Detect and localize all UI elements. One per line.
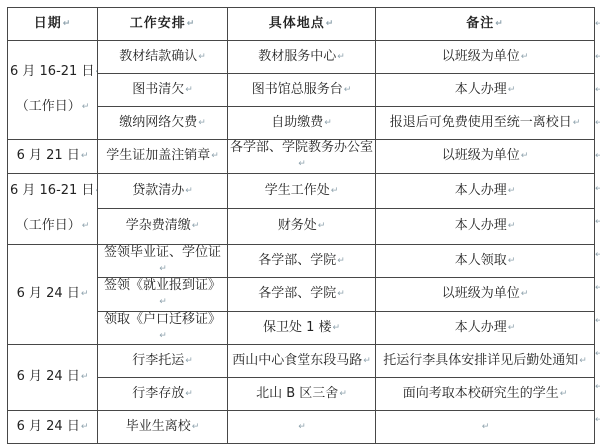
row-end-mark-icon: ↵ [595, 337, 600, 370]
note-cell: ↵ [376, 411, 595, 444]
paragraph-mark-icon: ↵ [508, 85, 516, 96]
paragraph-mark-icon: ↵ [185, 186, 193, 197]
header-place: 具体地点↵ [228, 8, 376, 41]
paragraph-mark-icon: ↵ [333, 323, 341, 334]
graduation-schedule-table: 日期↵ 工作安排↵ 具体地点↵ 备注↵ 6 月 16-21 日↵ （工作日）↵ … [7, 7, 595, 444]
paragraph-mark-icon: ↵ [81, 151, 89, 162]
task-cell: 学生证加盖注销章↵ [98, 140, 228, 174]
paragraph-mark-icon: ↵ [192, 221, 200, 232]
paragraph-mark-icon: ↵ [81, 422, 89, 433]
row-end-mark-icon: ↵ [595, 139, 600, 172]
row-end-mark-icon: ↵ [595, 370, 600, 403]
paragraph-mark-icon: ↵ [82, 209, 90, 243]
paragraph-mark-icon: ↵ [508, 256, 516, 267]
note-cell: 面向考取本校研究生的学生↵ [376, 378, 595, 411]
place-cell: 保卫处 1 楼↵ [228, 311, 376, 345]
paragraph-mark-icon: ↵ [573, 118, 581, 129]
task-cell: 签领《就业报到证》↵ [98, 278, 228, 312]
task-cell: 图书清欠↵ [98, 74, 228, 107]
paragraph-mark-icon: ↵ [298, 422, 306, 433]
row-end-mark-icon: ↵ [595, 271, 600, 304]
paragraph-mark-icon: ↵ [187, 19, 196, 30]
place-cell: 各学部、学院教务办公室↵ [228, 140, 376, 174]
header-task: 工作安排↵ [98, 8, 228, 41]
table-row: 6 月 24 日↵ 签领毕业证、学位证↵ 各学部、学院↵ 本人领取↵ [8, 244, 595, 278]
paragraph-mark-icon: ↵ [185, 356, 193, 367]
note-cell: 本人办理↵ [376, 74, 595, 107]
row-end-mark-icon: ↵ [595, 205, 600, 238]
paragraph-mark-icon: ↵ [198, 118, 206, 129]
note-cell: 以班级为单位↵ [376, 140, 595, 174]
row-end-mark-icon: ↵ [595, 403, 600, 436]
paragraph-mark-icon: ↵ [192, 422, 200, 433]
paragraph-mark-icon: ↵ [344, 85, 352, 96]
paragraph-mark-icon: ↵ [363, 356, 371, 367]
task-cell: 毕业生离校↵ [98, 411, 228, 444]
date-cell: 6 月 24 日↵ [8, 345, 98, 411]
paragraph-mark-icon: ↵ [482, 422, 490, 433]
row-end-marks: ↵ ↵ ↵ ↵ ↵ ↵ ↵ ↵ ↵ ↵ ↵ ↵ ↵ [595, 7, 600, 436]
place-cell: ↵ [228, 411, 376, 444]
task-cell: 学杂费清缴↵ [98, 209, 228, 245]
paragraph-mark-icon: ↵ [337, 52, 345, 63]
paragraph-mark-icon: ↵ [521, 289, 529, 300]
row-end-mark-icon: ↵ [595, 106, 600, 139]
note-cell: 本人办理↵ [376, 209, 595, 245]
task-cell: 行李托运↵ [98, 345, 228, 378]
table-row: 6 月 16-21 日↵ （工作日）↵ 贷款清办↵ 学生工作处↵ 本人办理↵ [8, 173, 595, 209]
date-cell: 6 月 21 日↵ [8, 140, 98, 174]
header-date: 日期↵ [8, 8, 98, 41]
paragraph-mark-icon: ↵ [324, 118, 332, 129]
paragraph-mark-icon: ↵ [337, 256, 345, 267]
note-cell: 本人办理↵ [376, 173, 595, 209]
paragraph-mark-icon: ↵ [521, 52, 529, 63]
document-page: 日期↵ 工作安排↵ 具体地点↵ 备注↵ 6 月 16-21 日↵ （工作日）↵ … [0, 0, 600, 444]
place-cell: 图书馆总服务台↵ [228, 74, 376, 107]
paragraph-mark-icon: ↵ [579, 356, 587, 367]
date-cell: 6 月 16-21 日↵ （工作日）↵ [8, 41, 98, 140]
paragraph-mark-icon: ↵ [185, 389, 193, 400]
note-cell: 本人办理↵ [376, 311, 595, 345]
table-row: 6 月 16-21 日↵ （工作日）↵ 教材结款确认↵ 教材服务中心↵ 以班级为… [8, 41, 595, 74]
paragraph-mark-icon: ↵ [560, 389, 568, 400]
paragraph-mark-icon: ↵ [185, 85, 193, 96]
place-cell: 学生工作处↵ [228, 173, 376, 209]
table-row: 6 月 24 日↵ 行李托运↵ 西山中心食堂东段马路↵ 托运行李具体安排详见后勤… [8, 345, 595, 378]
paragraph-mark-icon: ↵ [508, 323, 516, 334]
table-row: 6 月 21 日↵ 学生证加盖注销章↵ 各学部、学院教务办公室↵ 以班级为单位↵ [8, 140, 595, 174]
task-cell: 缴纳网络欠费↵ [98, 107, 228, 140]
paragraph-mark-icon: ↵ [298, 159, 306, 170]
header-note: 备注↵ [376, 8, 595, 41]
note-cell: 报退后可免费使用至统一离校日↵ [376, 107, 595, 140]
row-end-mark-icon: ↵ [595, 304, 600, 337]
paragraph-mark-icon: ↵ [521, 151, 529, 162]
row-end-mark-icon: ↵ [595, 238, 600, 271]
table-row: 6 月 24 日↵ 毕业生离校↵ ↵ ↵ [8, 411, 595, 444]
place-cell: 各学部、学院↵ [228, 278, 376, 312]
paragraph-mark-icon: ↵ [508, 221, 516, 232]
date-cell: 6 月 24 日↵ [8, 411, 98, 444]
note-cell: 托运行李具体安排详见后勤处通知↵ [376, 345, 595, 378]
date-cell: 6 月 16-21 日↵ （工作日）↵ [8, 173, 98, 244]
task-cell: 签领毕业证、学位证↵ [98, 244, 228, 278]
paragraph-mark-icon: ↵ [159, 264, 167, 275]
paragraph-mark-icon: ↵ [82, 90, 90, 124]
paragraph-mark-icon: ↵ [159, 331, 167, 342]
place-cell: 各学部、学院↵ [228, 244, 376, 278]
paragraph-mark-icon: ↵ [159, 297, 167, 308]
paragraph-mark-icon: ↵ [331, 186, 339, 197]
paragraph-mark-icon: ↵ [318, 221, 326, 232]
note-cell: 以班级为单位↵ [376, 41, 595, 74]
row-end-mark-icon: ↵ [595, 73, 600, 106]
row-end-mark-icon: ↵ [595, 172, 600, 205]
date-cell: 6 月 24 日↵ [8, 244, 98, 345]
row-end-mark-icon: ↵ [595, 40, 600, 73]
paragraph-mark-icon: ↵ [337, 289, 345, 300]
place-cell: 西山中心食堂东段马路↵ [228, 345, 376, 378]
place-cell: 财务处↵ [228, 209, 376, 245]
paragraph-mark-icon: ↵ [211, 151, 219, 162]
task-cell: 教材结款确认↵ [98, 41, 228, 74]
paragraph-mark-icon: ↵ [81, 372, 89, 383]
paragraph-mark-icon: ↵ [508, 186, 516, 197]
place-cell: 北山 B 区三舍↵ [228, 378, 376, 411]
paragraph-mark-icon: ↵ [326, 19, 335, 30]
paragraph-mark-icon: ↵ [339, 389, 347, 400]
task-cell: 领取《户口迁移证》↵ [98, 311, 228, 345]
header-row: 日期↵ 工作安排↵ 具体地点↵ 备注↵ [8, 8, 595, 41]
paragraph-mark-icon: ↵ [63, 19, 72, 30]
paragraph-mark-icon: ↵ [198, 52, 206, 63]
note-cell: 以班级为单位↵ [376, 278, 595, 312]
task-cell: 行李存放↵ [98, 378, 228, 411]
task-cell: 贷款清办↵ [98, 173, 228, 209]
place-cell: 教材服务中心↵ [228, 41, 376, 74]
place-cell: 自助缴费↵ [228, 107, 376, 140]
paragraph-mark-icon: ↵ [81, 289, 89, 300]
row-end-mark-icon: ↵ [595, 7, 600, 40]
paragraph-mark-icon: ↵ [495, 19, 504, 30]
note-cell: 本人领取↵ [376, 244, 595, 278]
